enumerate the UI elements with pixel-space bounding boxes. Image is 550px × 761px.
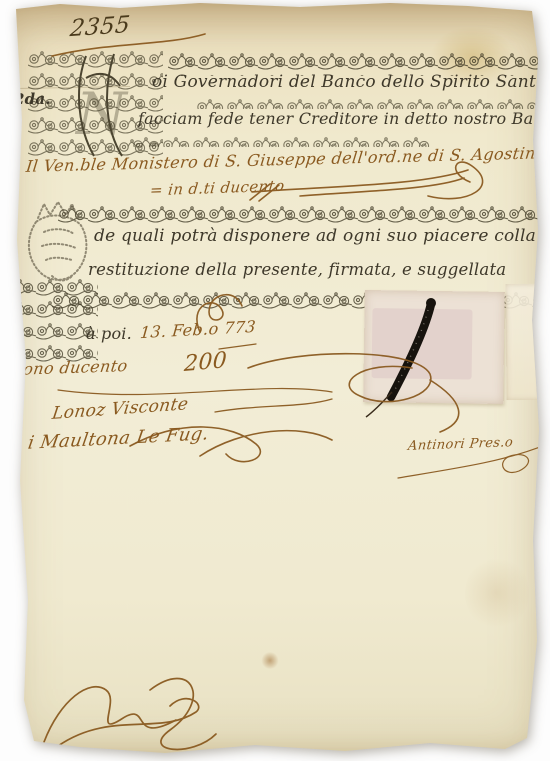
printed-line-3: de quali potrà disponere ad ogni suo pia… — [94, 226, 536, 246]
stain-foxing-right — [465, 555, 529, 631]
printed-line-1: oi Governadori del Banco dello Spirito S… — [152, 72, 546, 92]
printed-line-2: facciam fede tener Creditore in detto no… — [138, 109, 550, 128]
amount-figure: 200 — [183, 348, 227, 377]
printed-line-4: restituzione della presente, firmata, e … — [88, 260, 506, 279]
folio-number: 2355 — [69, 12, 132, 42]
stain-small-dot — [261, 652, 279, 669]
signature-row-3: i Maultona Le Fug. — [26, 423, 210, 454]
signature-row-2: Lonoz Visconte — [51, 394, 190, 424]
heraldic-seal-icon — [22, 198, 96, 296]
copy-mark: 2da. — [14, 90, 51, 108]
amount-words: Sono ducento — [11, 356, 129, 379]
right-edge-strip — [505, 284, 540, 400]
amount-strike-2 — [300, 178, 464, 196]
paper-shadow-wrap: N oi Governadori del Banco dello Spirito… — [0, 0, 550, 761]
paper-patch — [363, 290, 505, 404]
patch-pink-area — [372, 308, 473, 379]
initial-letter: N — [74, 80, 129, 148]
signature-right: Antinori Pres.o — [407, 435, 514, 454]
amount-line: = in d.ti ducento — [149, 177, 285, 200]
scanned-document: N oi Governadori del Banco dello Spirito… — [0, 0, 550, 761]
date-value: 13. Feb.o 773 — [139, 317, 257, 342]
sig1-underline — [58, 389, 332, 395]
printed-date-prefix: à poi. — [86, 324, 132, 343]
sig2-line — [215, 399, 332, 412]
right-sig-loop — [503, 455, 529, 473]
payee-end-swash — [428, 162, 483, 199]
paper-sheet: N oi Governadori del Banco dello Spirito… — [0, 0, 550, 761]
bottom-signature-flourish — [44, 679, 216, 750]
ornament-band-3 — [58, 203, 540, 227]
ornament-band-mid2 — [132, 134, 432, 147]
ornament-band-mid1 — [196, 96, 540, 109]
